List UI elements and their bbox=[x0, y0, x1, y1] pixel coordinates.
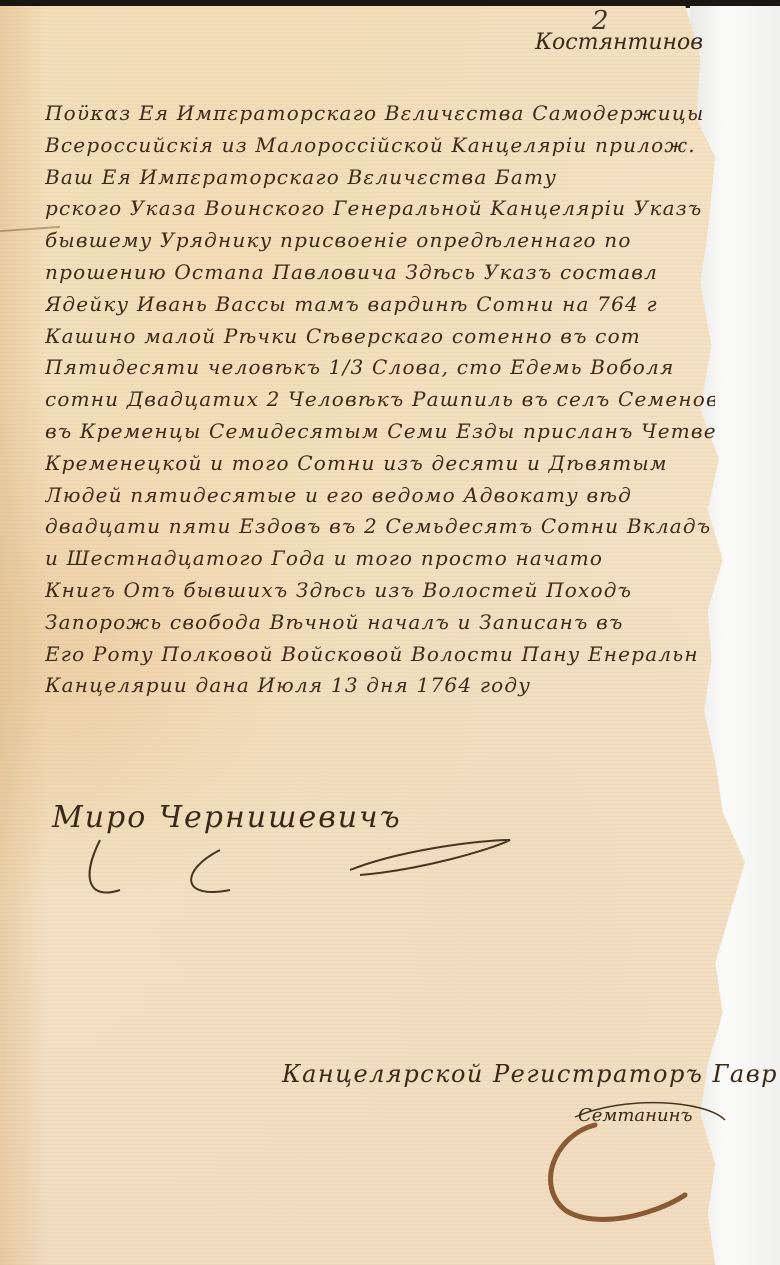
signature-right-name: Семтанинъ bbox=[578, 1105, 692, 1126]
manuscript-body: Ποϋκαз Εя Имπεраторскаго Βεличεства Само… bbox=[45, 98, 715, 702]
manuscript-line: двадцати пяти Ездовъ въ 2 Семьдесятъ Сот… bbox=[45, 511, 715, 543]
manuscript-line: въ Кременцы Семидесятым Семи Езды присла… bbox=[45, 416, 715, 448]
manuscript-line: Кашино малой Рѣчки Сѣверскаго сотенно въ… bbox=[45, 321, 715, 353]
manuscript-line: Книгъ Отъ бывшихъ Здѣсь изъ Волостей Пох… bbox=[45, 575, 715, 607]
manuscript-line: Людей пятидесятые и его ведомо Адвокату … bbox=[45, 480, 715, 512]
header-annotation: Костянтинов bbox=[535, 30, 703, 55]
manuscript-line: Всероссийскiя из Малороссiйской Κанцеляр… bbox=[45, 130, 715, 162]
manuscript-line: Канцелярии дана Июля 13 дня 1764 году bbox=[45, 670, 715, 702]
manuscript-line: Кременецкой и того Сотни изъ десяти и Дѣ… bbox=[45, 448, 715, 480]
manuscript-line: бывшему Уряднику присвоенiе опредѣленнаг… bbox=[45, 225, 715, 257]
manuscript-line: Ядейку Ивань Вассы тамъ вардинѣ Сотни на… bbox=[45, 289, 715, 321]
manuscript-line: прошению Остапа Павловича Здѣсь Указъ со… bbox=[45, 257, 715, 289]
signature-flourish-icon bbox=[60, 820, 520, 910]
manuscript-line: Запорожь свобода Вѣчной началъ и Записан… bbox=[45, 607, 715, 639]
manuscript-line: Βаш Ея Имπεраторскаго Βεличεства Бату bbox=[45, 162, 715, 194]
manuscript-line: Пятидесяти человѣкъ 1/3 Слова, сто Едемь… bbox=[45, 352, 715, 384]
manuscript-line: Ποϋκαз Εя Имπεраторскаго Βεличεства Само… bbox=[45, 98, 715, 130]
manuscript-line: Его Роту Полковой Войсковой Волости Пану… bbox=[45, 639, 715, 671]
water-stain bbox=[0, 6, 48, 1265]
manuscript-line: и Шестнадцатого Года и того просто начат… bbox=[45, 543, 715, 575]
manuscript-line: сотни Двадцатих 2 Человѣкъ Рашпиль въ се… bbox=[45, 384, 715, 416]
signature-right-title: Канцелярской Регистраторъ Гавр bbox=[282, 1060, 778, 1088]
manuscript-line: рского Указа Воинского Генеральной Κанце… bbox=[45, 193, 715, 225]
